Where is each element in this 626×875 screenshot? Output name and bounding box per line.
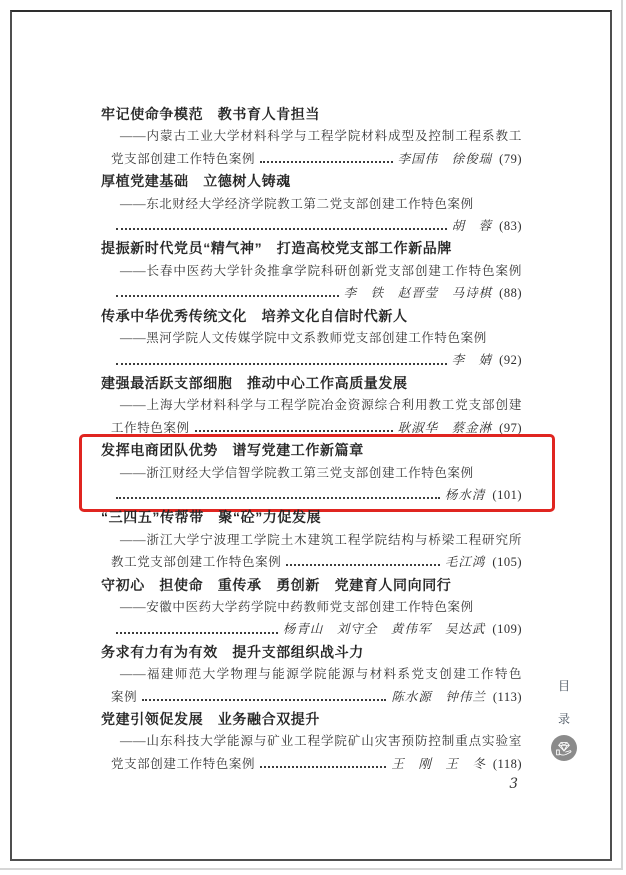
entry-source-line: ——长春中医药大学针灸推拿学院科研创新党支部创建工作特色案例 — [101, 260, 522, 282]
entry-authors: 李 铁 赵晋莹 马诗棋 — [344, 282, 493, 304]
entry-page-number: (118) — [493, 753, 522, 775]
dot-leader — [142, 699, 386, 701]
entry-authors: 毛江鸿 — [445, 551, 486, 573]
entry-source-line: ——浙江财经大学信智学院教工第三党支部创建工作特色案例 — [101, 462, 522, 484]
entry-authors: 胡 蓉 — [452, 215, 493, 237]
toc-entry: 守初心 担使命 重传承 勇创新 党建育人同向同行 ——安徽中医药大学药学院中药教… — [101, 574, 522, 641]
dot-leader — [116, 363, 447, 365]
entry-source-line: ——上海大学材料科学与工程学院冶金资源综合利用教工党支部创建 — [101, 394, 522, 416]
entry-tail-text: 党支部创建工作特色案例 — [111, 753, 255, 775]
entry-source-line: ——浙江大学宁波理工学院土木建筑工程学院结构与桥梁工程研究所 — [101, 529, 522, 551]
entry-title: 发挥电商团队优势 谱写党建工作新篇章 — [101, 439, 522, 461]
toc-list: 牢记使命争模范 教书育人肯担当 ——内蒙古工业大学材料科学与工程学院材料成型及控… — [101, 103, 522, 775]
dot-leader — [195, 430, 393, 432]
entry-source-line: ——山东科技大学能源与矿业工程学院矿山灾害预防控制重点实验室 — [101, 730, 522, 752]
toc-entry: 提振新时代党员“精气神” 打造高校党支部工作新品牌 ——长春中医药大学针灸推拿学… — [101, 237, 522, 304]
entry-page-number: (101) — [492, 484, 522, 506]
dot-leader — [116, 632, 278, 634]
dot-leader — [116, 295, 339, 297]
entry-authors: 王 刚 王 冬 — [391, 753, 486, 775]
toc-entry: 牢记使命争模范 教书育人肯担当 ——内蒙古工业大学材料科学与工程学院材料成型及控… — [101, 103, 522, 170]
entry-tail-text: 教工党支部创建工作特色案例 — [111, 551, 281, 573]
entry-source-line: ——安徽中医药大学药学院中药教师党支部创建工作特色案例 — [101, 596, 522, 618]
toc-entry: 务求有力有为有效 提升支部组织战斗力 ——福建师范大学物理与能源学院能源与材料系… — [101, 641, 522, 708]
entry-authors: 杨水清 — [445, 484, 486, 506]
entry-authors: 李 婧 — [452, 349, 493, 371]
entry-title: “三四五”传帮带 聚“砼”力促发展 — [101, 506, 522, 528]
page-number: 3 — [509, 776, 518, 792]
entry-page-line: 李 铁 赵晋莹 马诗棋 (88) — [101, 282, 522, 304]
entry-page-number: (92) — [499, 349, 522, 371]
entry-page-line: 案例 陈水源 钟伟兰 (113) — [101, 686, 522, 708]
entry-title: 守初心 担使命 重传承 勇创新 党建育人同向同行 — [101, 574, 522, 596]
dot-leader — [116, 228, 447, 230]
entry-page-line: 李 婧 (92) — [101, 349, 522, 371]
dot-leader — [286, 564, 440, 566]
toc-entry: 厚植党建基础 立德树人铸魂 ——东北财经大学经济学院教工第二党支部创建工作特色案… — [101, 170, 522, 237]
entry-page-line: 胡 蓉 (83) — [101, 215, 522, 237]
toc-entry: 党建引领促发展 业务融合双提升 ——山东科技大学能源与矿业工程学院矿山灾害预防控… — [101, 708, 522, 775]
entry-title: 建强最活跃支部细胞 推动中心工作高质量发展 — [101, 372, 522, 394]
entry-page-number: (113) — [493, 686, 522, 708]
page-border-frame: 牢记使命争模范 教书育人肯担当 ——内蒙古工业大学材料科学与工程学院材料成型及控… — [10, 10, 612, 861]
dot-leader — [260, 766, 386, 768]
entry-tail-text: 案例 — [111, 686, 137, 708]
scanned-page-sheet: 牢记使命争模范 教书育人肯担当 ——内蒙古工业大学材料科学与工程学院材料成型及控… — [0, 0, 623, 870]
entry-page-number: (88) — [499, 282, 522, 304]
entry-authors: 李国伟 徐俊瑞 — [398, 148, 493, 170]
entry-page-line: 教工党支部创建工作特色案例 毛江鸿 (105) — [101, 551, 522, 573]
entry-page-line: 杨水清 (101) — [101, 484, 522, 506]
toc-entry: “三四五”传帮带 聚“砼”力促发展 ——浙江大学宁波理工学院土木建筑工程学院结构… — [101, 506, 522, 573]
toc-entry: 传承中华优秀传统文化 培养文化自信时代新人 ——黑河学院人文传媒学院中文系教师党… — [101, 305, 522, 372]
entry-title: 务求有力有为有效 提升支部组织战斗力 — [101, 641, 522, 663]
entry-title: 党建引领促发展 业务融合双提升 — [101, 708, 522, 730]
entry-source-line: ——黑河学院人文传媒学院中文系教师党支部创建工作特色案例 — [101, 327, 522, 349]
toc-label-char-top: 目 — [558, 680, 570, 692]
entry-page-number: (83) — [499, 215, 522, 237]
gem-in-hand-icon — [551, 735, 577, 761]
entry-title: 提振新时代党员“精气神” 打造高校党支部工作新品牌 — [101, 237, 522, 259]
toc-label-char-bottom: 录 — [558, 713, 570, 725]
entry-title: 牢记使命争模范 教书育人肯担当 — [101, 103, 522, 125]
dot-leader — [260, 161, 393, 163]
entry-page-number: (109) — [492, 618, 522, 640]
entry-authors: 陈水源 钟伟兰 — [391, 686, 486, 708]
entry-source-line: ——东北财经大学经济学院教工第二党支部创建工作特色案例 — [101, 193, 522, 215]
margin-label-toc: 目 录 — [552, 680, 576, 761]
entry-title: 传承中华优秀传统文化 培养文化自信时代新人 — [101, 305, 522, 327]
entry-page-number: (105) — [492, 551, 522, 573]
entry-source-line: ——内蒙古工业大学材料科学与工程学院材料成型及控制工程系教工 — [101, 125, 522, 147]
entry-title: 厚植党建基础 立德树人铸魂 — [101, 170, 522, 192]
entry-page-line: 党支部创建工作特色案例 李国伟 徐俊瑞 (79) — [101, 148, 522, 170]
entry-page-number: (79) — [499, 148, 522, 170]
toc-entry: 建强最活跃支部细胞 推动中心工作高质量发展 ——上海大学材料科学与工程学院冶金资… — [101, 372, 522, 439]
toc-entry: 发挥电商团队优势 谱写党建工作新篇章 ——浙江财经大学信智学院教工第三党支部创建… — [79, 434, 555, 512]
entry-source-line: ——福建师范大学物理与能源学院能源与材料系党支创建工作特色 — [101, 663, 522, 685]
entry-tail-text: 党支部创建工作特色案例 — [111, 148, 255, 170]
entry-authors: 杨青山 刘守全 黄伟军 吴达武 — [283, 618, 486, 640]
entry-page-line: 杨青山 刘守全 黄伟军 吴达武 (109) — [101, 618, 522, 640]
entry-page-line: 党支部创建工作特色案例 王 刚 王 冬 (118) — [101, 753, 522, 775]
dot-leader — [116, 497, 440, 499]
